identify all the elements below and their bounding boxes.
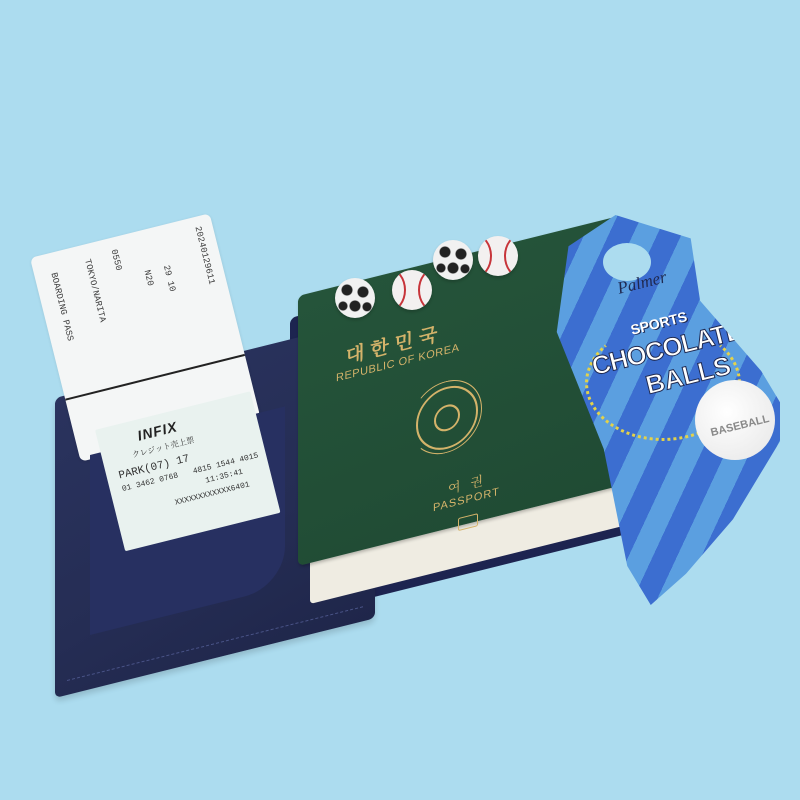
boarding-pass-tear-line [65, 354, 245, 401]
boarding-pass-header: BOARDING PASS [48, 272, 75, 343]
receipt-line: XXXXXXXXXXXX6401 [174, 480, 251, 507]
korea-national-emblem-icon [416, 379, 478, 456]
soccer-chocolate-ball [335, 278, 375, 318]
boarding-pass-line: N20 [142, 269, 156, 287]
boarding-pass-line: 0550 [109, 248, 124, 271]
boarding-pass-line: TOKYO/NARITA [82, 258, 107, 323]
baseball-chocolate-ball [392, 270, 432, 310]
soccer-chocolate-ball [433, 240, 473, 280]
baseball-chocolate-ball [478, 236, 518, 276]
boarding-pass-line: 20240129611 [193, 225, 217, 285]
boarding-pass-line: 29 10 [161, 264, 177, 293]
